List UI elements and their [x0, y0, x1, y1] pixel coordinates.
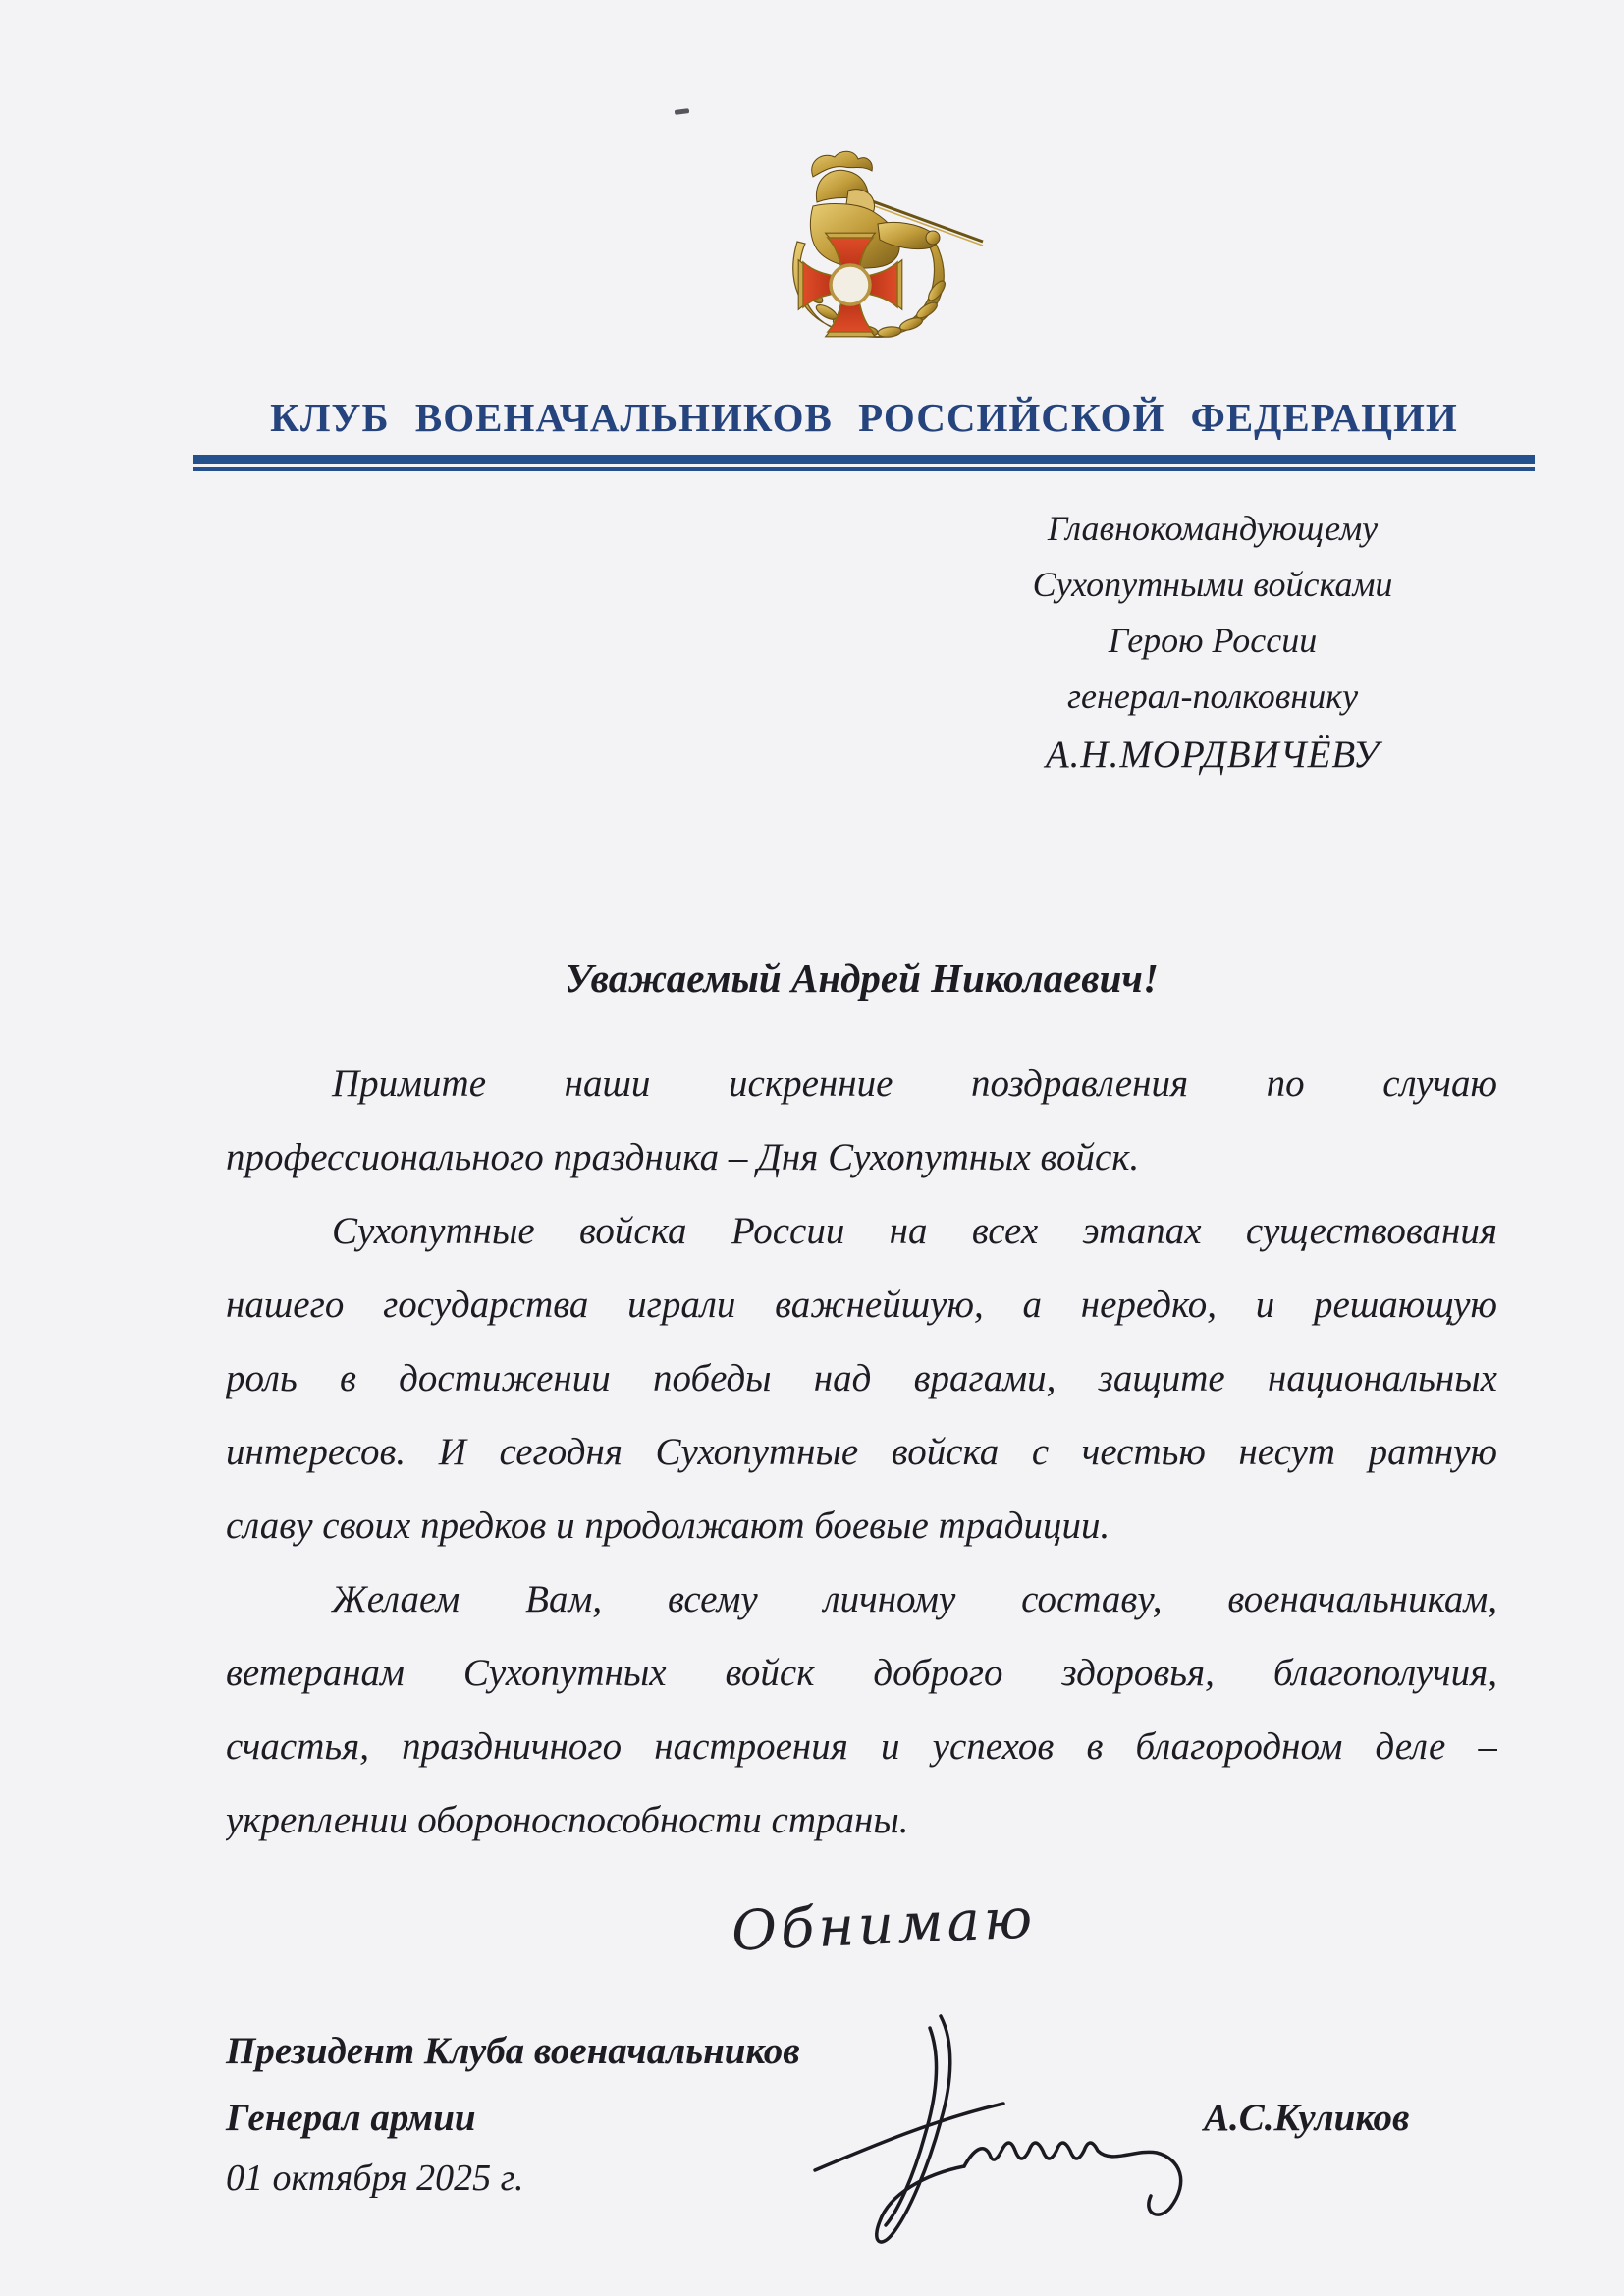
body-line: ветеранам Сухопутных войск доброго здоро… — [226, 1636, 1497, 1710]
body-line: счастья, праздничного настроения и успех… — [226, 1710, 1497, 1783]
rule-thin — [193, 467, 1535, 471]
recipient-line: Главнокомандующему — [987, 501, 1438, 557]
salutation-line: Уважаемый Андрей Николаевич! — [226, 955, 1497, 1002]
letter-page: КЛУБ ВОЕНАЧАЛЬНИКОВ РОССИЙСКОЙ ФЕДЕРАЦИИ… — [0, 0, 1624, 2296]
body-line: роль в достижении победы над врагами, за… — [226, 1341, 1497, 1415]
recipient-line: генерал-полковнику — [987, 669, 1438, 725]
body-line: Примите наши искренние поздравления по с… — [226, 1047, 1497, 1121]
body-line: укреплении обороноспособности страны. — [226, 1783, 1497, 1857]
handwritten-closing: Обнимаю — [731, 1886, 1038, 1963]
body-line: Желаем Вам, всему личному составу, воена… — [226, 1562, 1497, 1636]
warrior-figure — [810, 151, 940, 268]
rule-thick — [193, 455, 1535, 464]
recipient-line: А.Н.МОРДВИЧЁВУ — [987, 725, 1438, 786]
body-line: нашего государства играли важнейшую, а н… — [226, 1268, 1497, 1341]
signer-rank: Генерал армии — [226, 2096, 476, 2140]
body-line: профессионального праздника – Дня Сухопу… — [226, 1121, 1497, 1194]
recipient-line: Герою России — [987, 613, 1438, 669]
recipient-block: ГлавнокомандующемуСухопутными войскамиГе… — [987, 501, 1438, 786]
recipient-line: Сухопутными войсками — [987, 557, 1438, 613]
header-rule — [193, 455, 1535, 471]
body-line: славу своих предков и продолжают боевые … — [226, 1489, 1497, 1562]
letter-body: Примите наши искренние поздравления по с… — [226, 1047, 1497, 1857]
body-line: интересов. И сегодня Сухопутные войска с… — [226, 1415, 1497, 1489]
body-line: Сухопутные войска России на всех этапах … — [226, 1194, 1497, 1268]
signer-position: Президент Клуба военачальников — [226, 2029, 800, 2073]
scan-artifact-mark — [675, 108, 689, 115]
signature-scrawl — [805, 2001, 1276, 2259]
letter-date: 01 октября 2025 г. — [226, 2157, 523, 2200]
club-emblem-logo — [784, 147, 985, 344]
org-title: КЛУБ ВОЕНАЧАЛЬНИКОВ РОССИЙСКОЙ ФЕДЕРАЦИИ — [193, 391, 1535, 444]
